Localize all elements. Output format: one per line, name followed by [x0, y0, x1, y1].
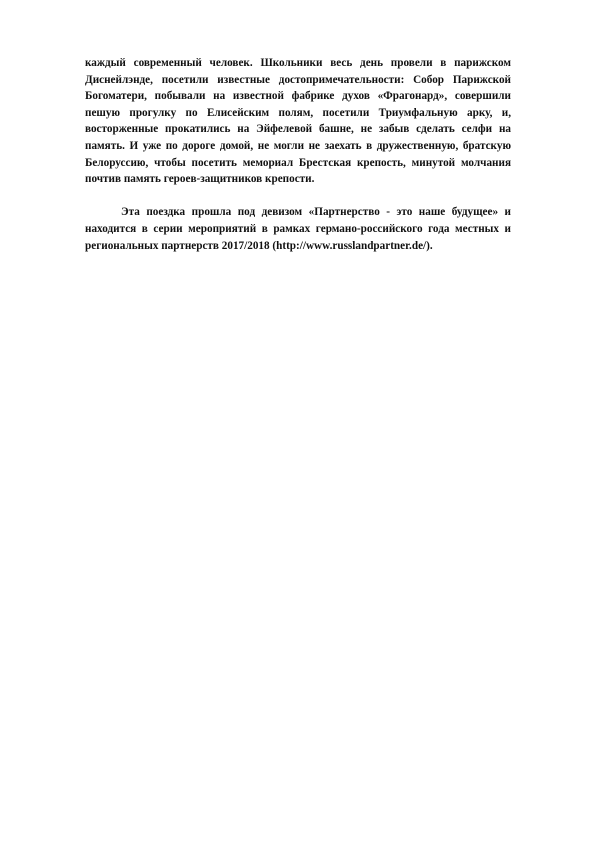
paragraph-partnership-motto: Эта поездка прошла под девизом «Партнерс…: [85, 204, 511, 254]
document-page: каждый современный человек. Школьники ве…: [85, 55, 511, 254]
paragraph-trip-description: каждый современный человек. Школьники ве…: [85, 55, 511, 188]
